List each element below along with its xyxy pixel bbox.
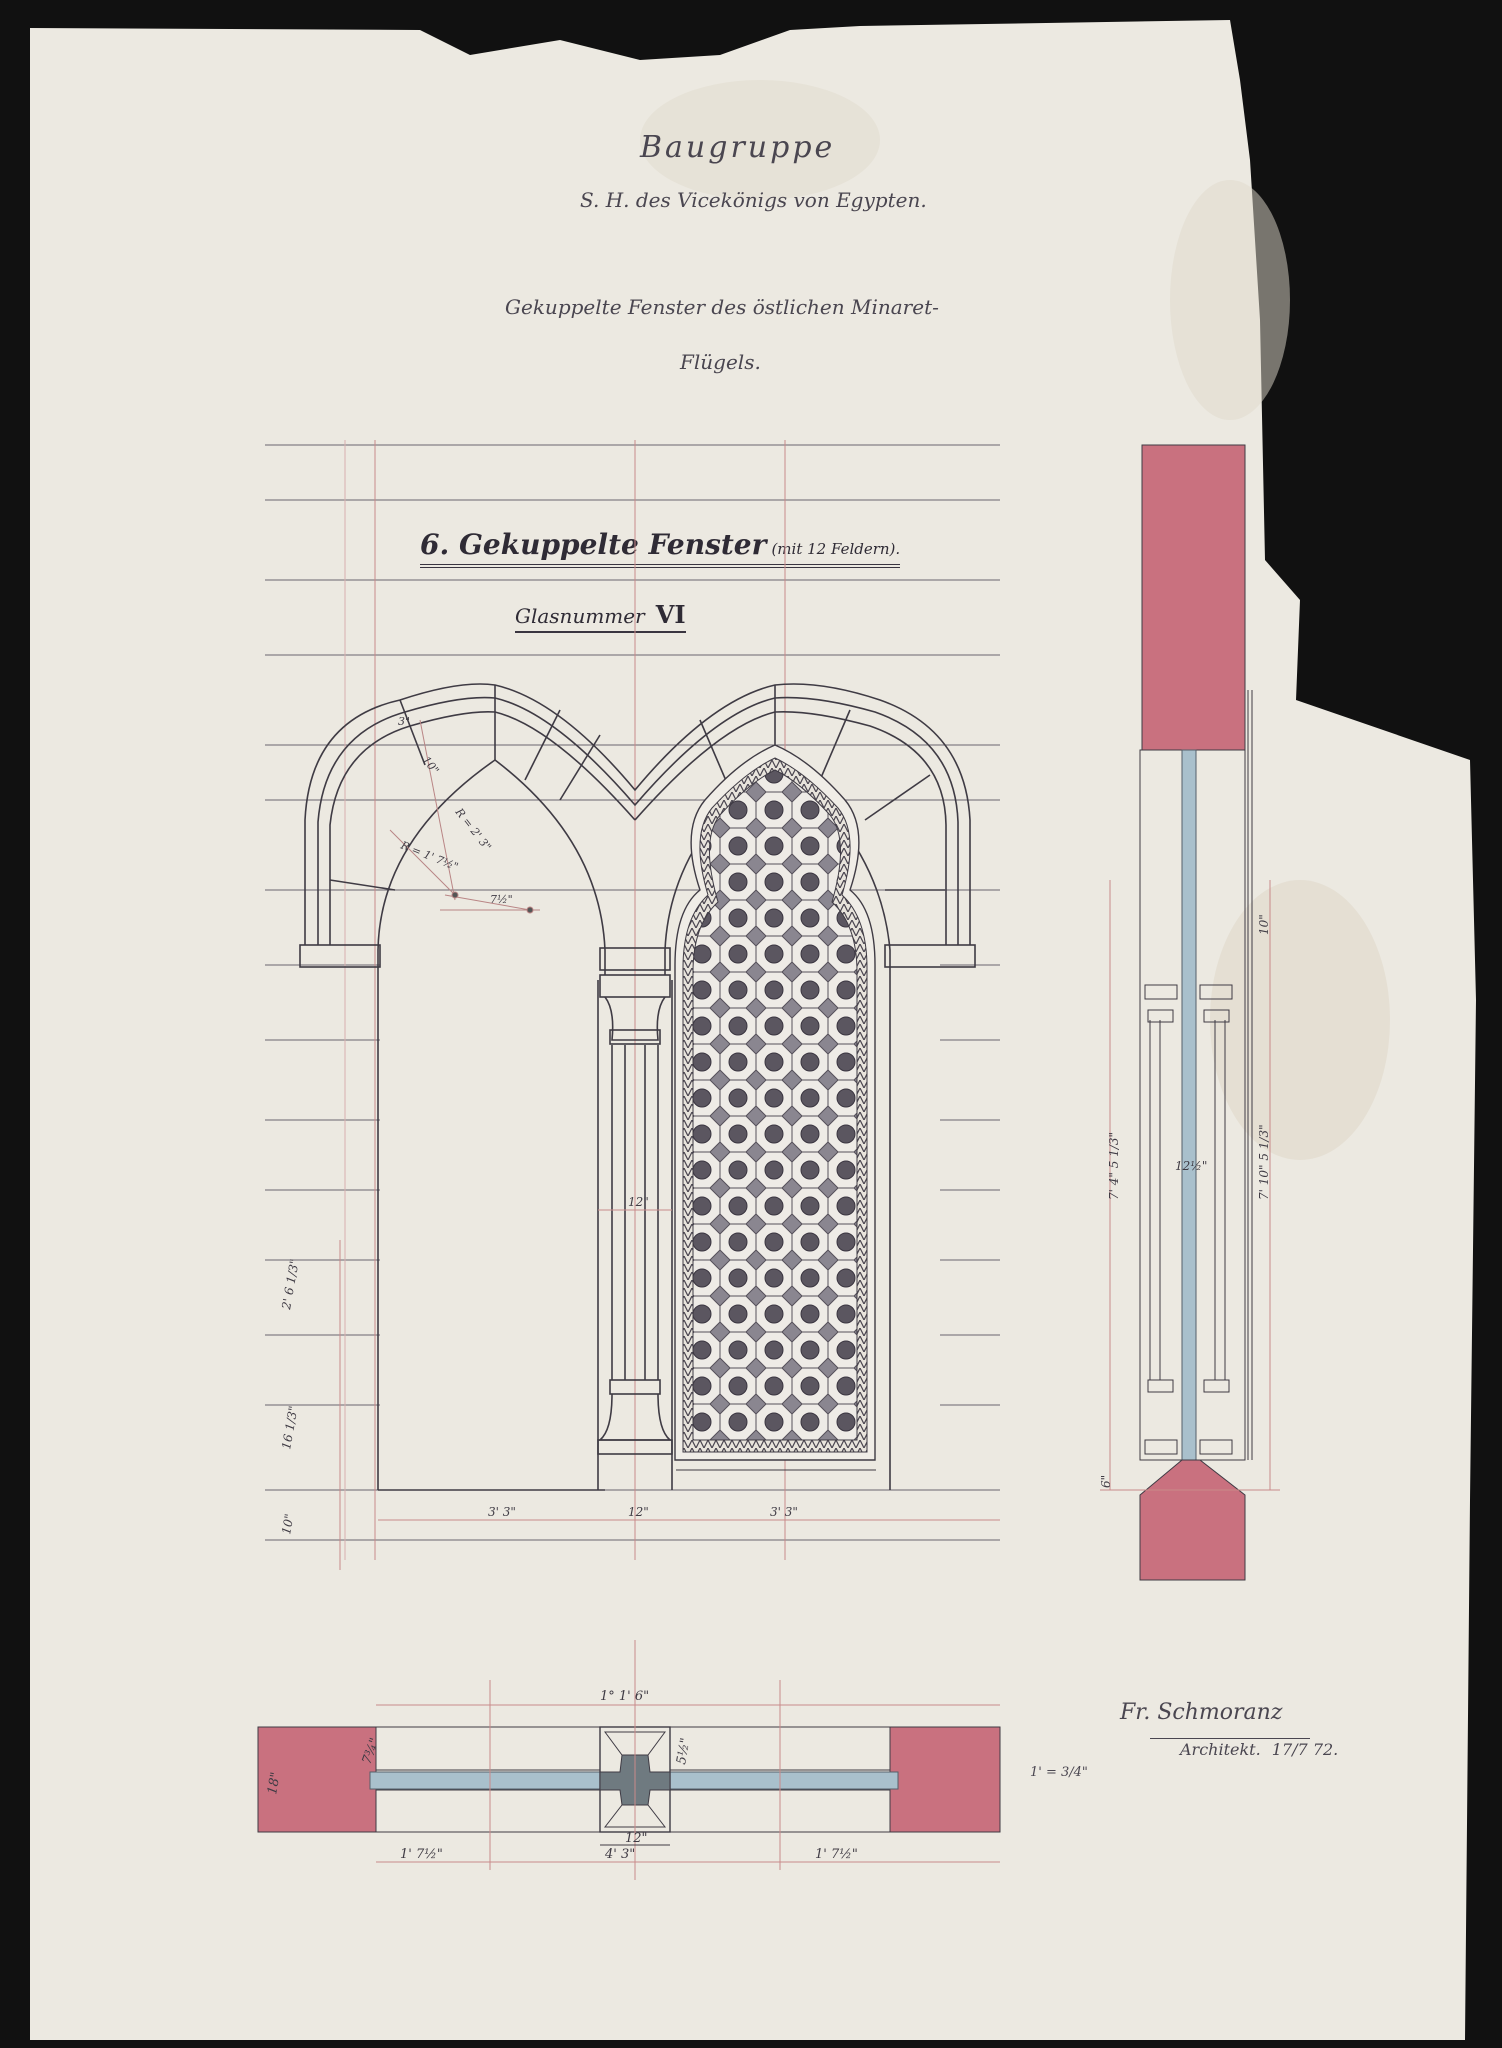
- plan-right-dim: 1' 7½": [815, 1847, 858, 1862]
- left-dim-3: 10": [279, 1513, 296, 1536]
- arch-radius-outer: R = 2' 3": [452, 805, 494, 853]
- section-height-left: 7' 4" 5 1/3": [1107, 1132, 1121, 1200]
- plan-top-total: 1° 1' 6": [600, 1689, 649, 1704]
- plan-left-dim: 1' 7½": [400, 1847, 443, 1862]
- drawing-sheet: Baugruppe S. H. des Vicekönigs von Egypt…: [0, 0, 1502, 2048]
- signature-title: Architekt.: [1180, 1740, 1261, 1759]
- plan-mullion-dim: 12": [625, 1831, 648, 1846]
- bay-right-dim: 3' 3": [770, 1505, 798, 1519]
- plan-center-dim: 4' 3": [604, 1847, 635, 1862]
- left-dim-2: 16 1/3": [279, 1405, 300, 1451]
- molding-width: 3": [398, 715, 410, 728]
- left-dim-1: 2' 6 1/3": [279, 1258, 302, 1312]
- section-view: [1100, 445, 1280, 1580]
- voussoir-depth: 10": [420, 754, 442, 777]
- lattice-window: [675, 745, 876, 1470]
- section-base-dim: 6": [1099, 1475, 1113, 1488]
- section-top-dim: 10": [1257, 914, 1271, 935]
- signature-line: [1150, 1738, 1310, 1739]
- signature-date: 17/7 72.: [1272, 1740, 1338, 1759]
- section-center-dim: 12½": [1175, 1159, 1207, 1173]
- elevation-dimension-lines: [340, 1210, 1000, 1570]
- arch-radius-inner: R = 1' 7½": [398, 838, 460, 873]
- section-height-right: 7' 10" 5 1/3": [1257, 1124, 1271, 1200]
- arch-offset: 7½": [490, 893, 513, 906]
- scale-note: 1' = 3/4": [1030, 1765, 1088, 1780]
- bay-left-dim: 3' 3": [488, 1505, 516, 1519]
- signature-name: Fr. Schmoranz: [1120, 1700, 1282, 1725]
- column-width-dim: 12": [628, 1195, 649, 1209]
- bay-center-dim: 12": [628, 1505, 649, 1519]
- signature-credit: Architekt. 17/7 72.: [1180, 1740, 1338, 1759]
- plan-depth-b: 5½": [674, 1737, 693, 1766]
